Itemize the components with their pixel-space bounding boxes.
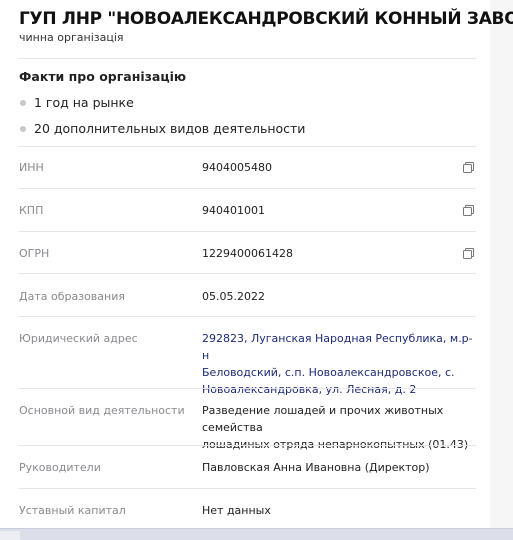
divider <box>19 273 476 274</box>
authorized-capital-value: Нет данных <box>202 502 477 519</box>
kpp-value: 940401001 <box>202 202 477 219</box>
inn-value: 9404005480 <box>202 159 477 176</box>
address-line: Новоалександровка, ул. Лесная, д. 2 <box>202 381 477 398</box>
managers-label: Руководители <box>19 461 101 474</box>
divider <box>19 58 476 59</box>
registration-date-value: 05.05.2022 <box>202 288 477 305</box>
authorized-capital-label: Уставный капитал <box>19 504 126 517</box>
divider <box>19 316 476 317</box>
managers-value: Павловская Анна Ивановна (Директор) <box>202 459 477 476</box>
divider <box>19 445 476 446</box>
copy-icon[interactable] <box>463 162 474 173</box>
divider <box>19 231 476 232</box>
divider <box>19 146 476 147</box>
bottom-bar <box>0 528 513 540</box>
legal-address-label: Юридический адрес <box>19 332 138 345</box>
fact-text: 1 год на рынке <box>34 95 134 110</box>
divider <box>19 488 476 489</box>
ogrn-label: ОГРН <box>19 247 49 260</box>
divider <box>19 188 476 189</box>
copy-icon[interactable] <box>463 248 474 259</box>
facts-heading: Факти про організацію <box>19 69 186 84</box>
fact-text: 20 дополнительных видов деятельности <box>34 121 305 136</box>
activity-line: Разведение лошадей и прочих животных сем… <box>202 402 477 436</box>
main-activity-label: Основной вид деятельности <box>19 404 185 417</box>
address-line: Беловодский, с.п. Новоалександровское, с… <box>202 364 477 381</box>
fact-item: 1 год на рынке <box>19 95 134 110</box>
kpp-label: КПП <box>19 204 43 217</box>
bottom-tab[interactable] <box>0 531 20 540</box>
inn-label: ИНН <box>19 161 44 174</box>
bullet-icon <box>20 126 26 132</box>
ogrn-value: 1229400061428 <box>202 245 477 262</box>
organization-status: чинна організація <box>19 31 124 44</box>
bullet-icon <box>20 100 26 106</box>
address-line: 292823, Луганская Народная Республика, м… <box>202 330 477 364</box>
organization-title: ГУП ЛНР "НОВОАЛЕКСАНДРОВСКИЙ КОННЫЙ ЗАВО… <box>19 9 513 29</box>
registration-date-label: Дата образования <box>19 290 125 303</box>
organization-card: ГУП ЛНР "НОВОАЛЕКСАНДРОВСКИЙ КОННЫЙ ЗАВО… <box>0 0 490 528</box>
copy-icon[interactable] <box>463 205 474 216</box>
divider <box>19 388 476 389</box>
fact-item: 20 дополнительных видов деятельности <box>19 121 305 136</box>
